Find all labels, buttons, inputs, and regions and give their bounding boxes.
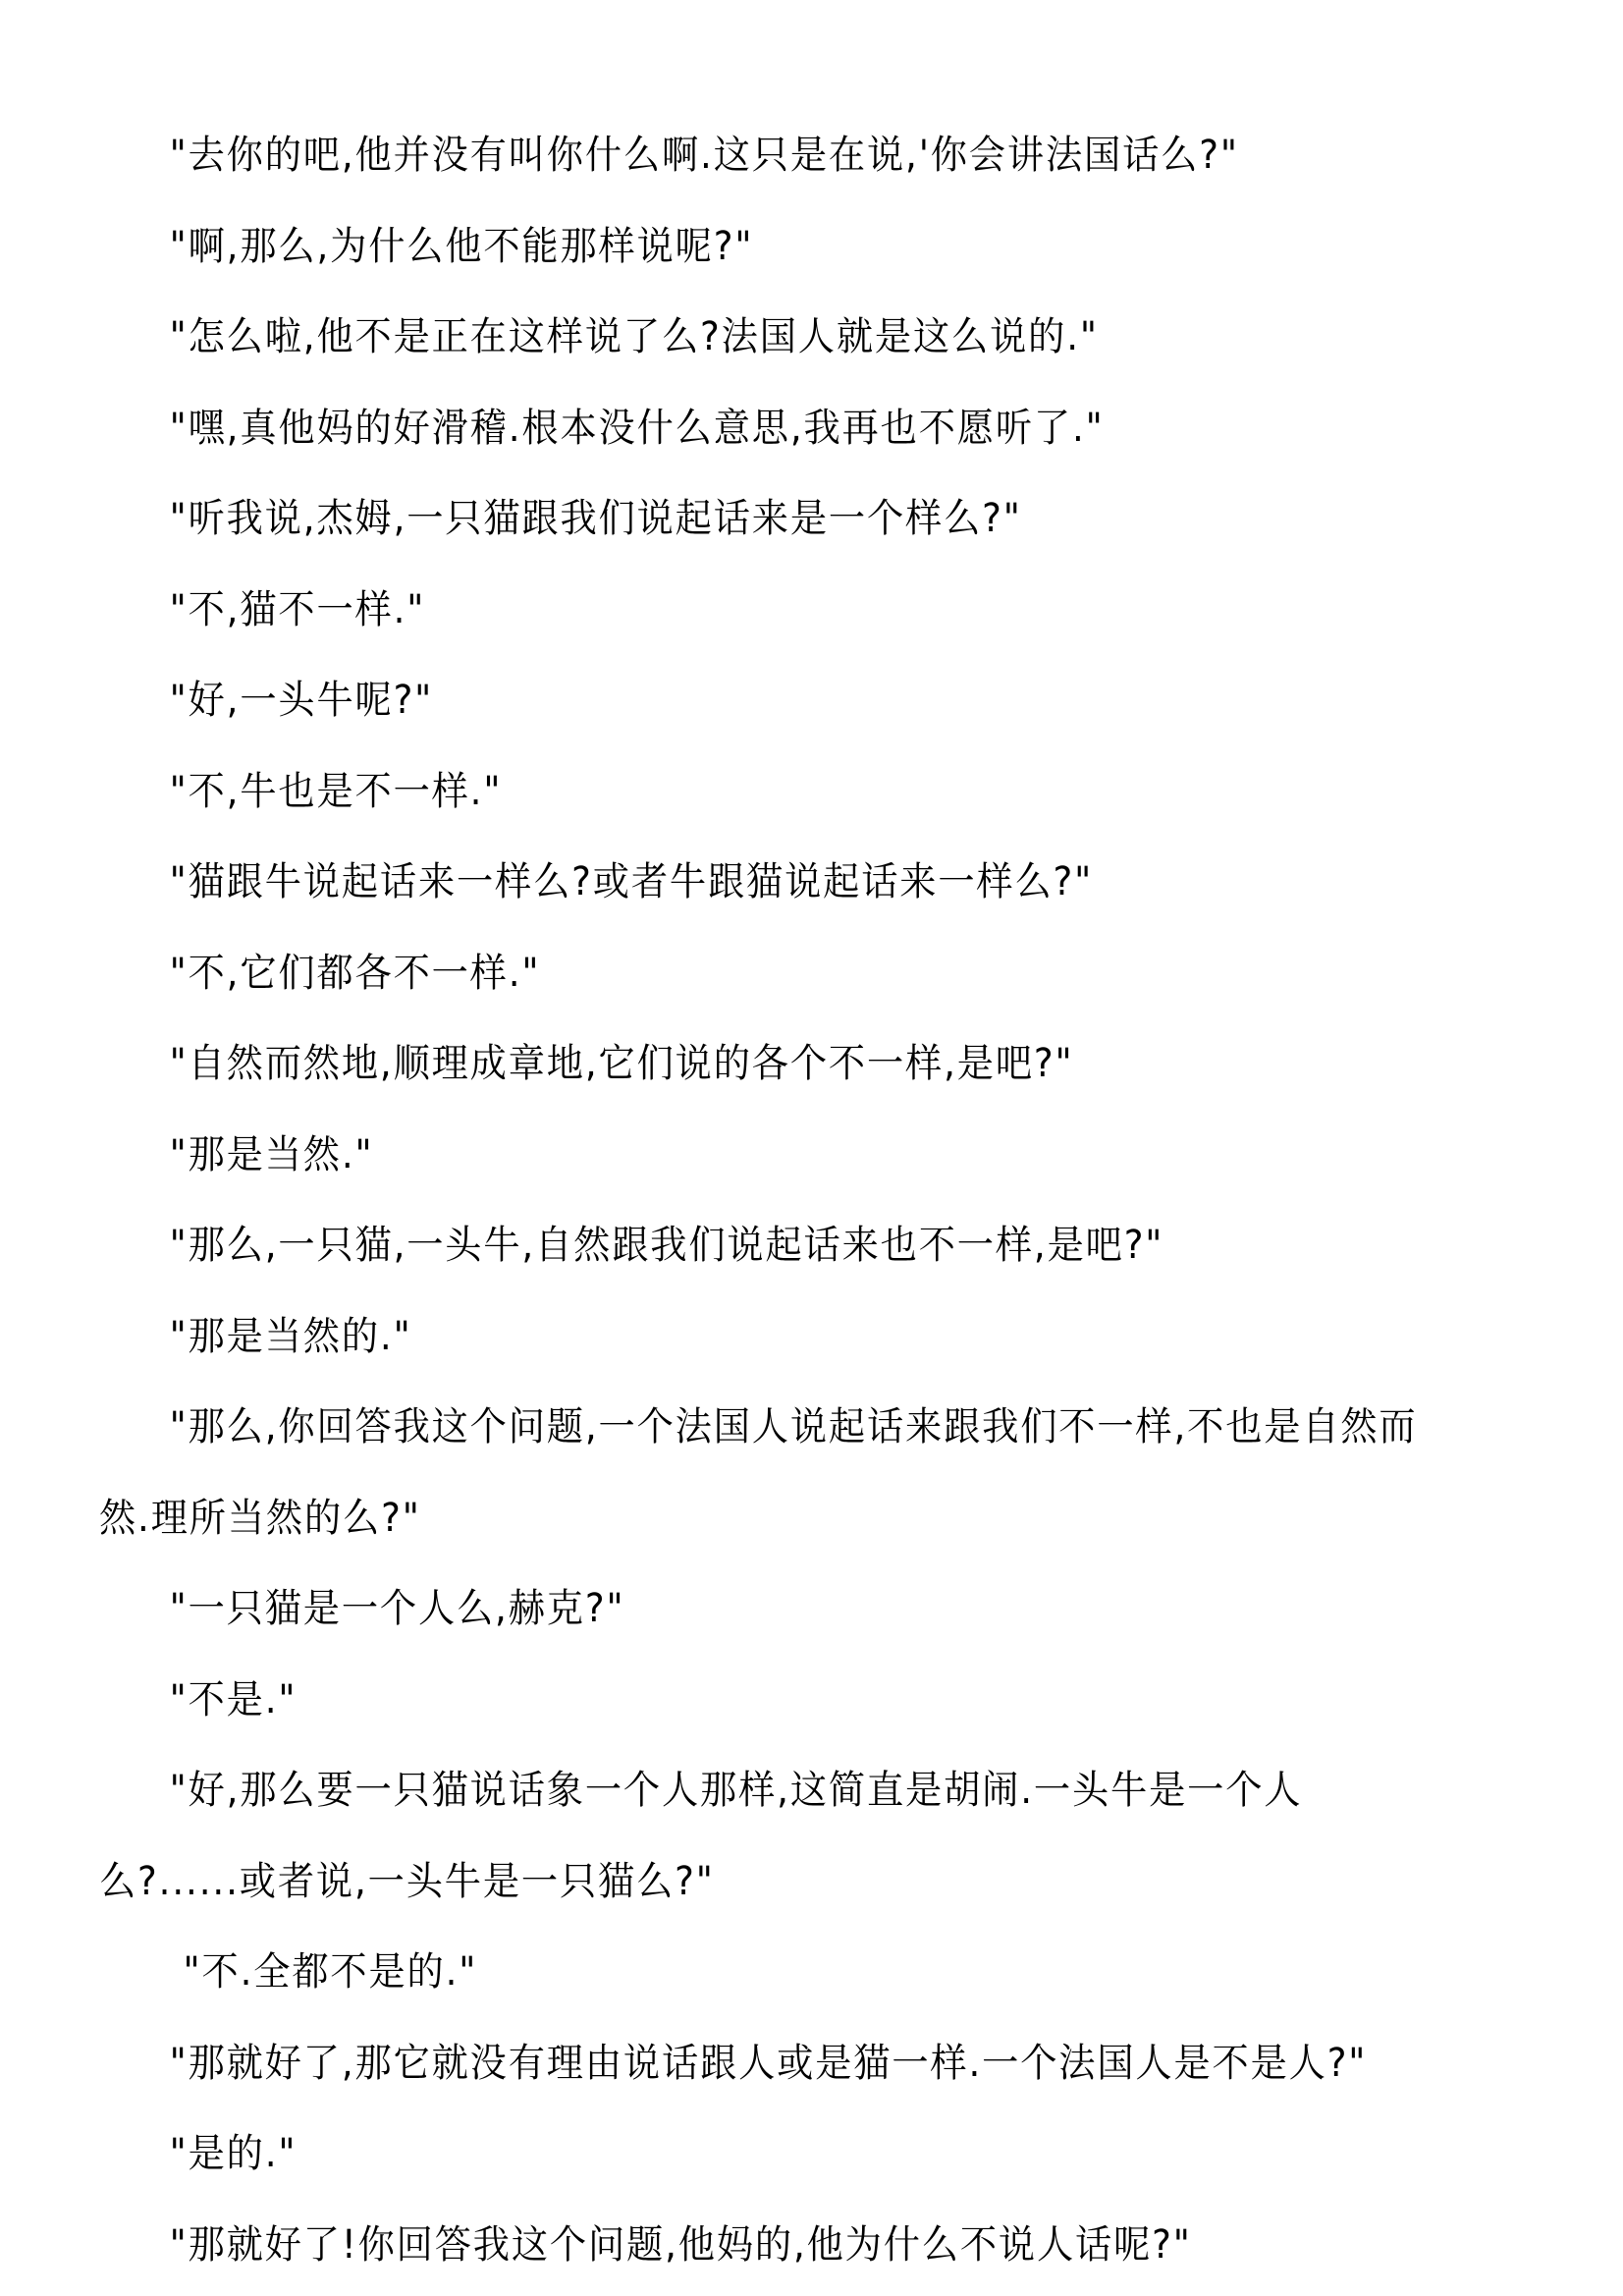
paragraph: "那么,你回答我这个问题,一个法国人说起话来跟我们不一样,不也是自然而然.理所当… — [99, 1382, 1433, 1563]
paragraph: "一只猫是一个人么,赫克?" — [99, 1563, 1433, 1655]
paragraph: "那就好了!你回答我这个问题,他妈的,他为什么不说人话呢?" — [99, 2200, 1433, 2291]
paragraph: "听我说,杰姆,一只猫跟我们说起话来是一个样么?" — [99, 473, 1433, 565]
paragraph: "那是当然的." — [99, 1291, 1433, 1383]
paragraph: "猫跟牛说起话来一样么?或者牛跟猫说起话来一样么?" — [99, 837, 1433, 928]
paragraph: "那是当然." — [99, 1110, 1433, 1201]
paragraph: "是的." — [99, 2108, 1433, 2200]
paragraph: "自然而然地,顺理成章地,它们说的各个不一样,是吧?" — [99, 1018, 1433, 1110]
document-body: "去你的吧,他并没有叫你什么啊.这只是在说,'你会讲法国话么?" "啊,那么,为… — [99, 110, 1533, 2290]
paragraph: "不,它们都各不一样." — [99, 928, 1433, 1019]
paragraph: "不,牛也是不一样." — [99, 746, 1433, 838]
paragraph: "那么,一只猫,一头牛,自然跟我们说起话来也不一样,是吧?" — [99, 1200, 1433, 1291]
paragraph: "不,猫不一样." — [99, 565, 1433, 656]
paragraph: "嘿,真他妈的好滑稽.根本没什么意思,我再也不愿听了." — [99, 383, 1433, 474]
document-page: "去你的吧,他并没有叫你什么啊.这只是在说,'你会讲法国话么?" "啊,那么,为… — [0, 0, 1623, 2296]
paragraph: "啊,那么,为什么他不能那样说呢?" — [99, 201, 1433, 293]
paragraph: "那就好了,那它就没有理由说话跟人或是猫一样.一个法国人是不是人?" — [99, 2018, 1433, 2109]
paragraph: "好,那么要一只猫说话象一个人那样,这简直是胡闹.一头牛是一个人么?......… — [99, 1745, 1433, 1927]
paragraph: "怎么啦,他不是正在这样说了么?法国人就是这么说的." — [99, 292, 1433, 383]
paragraph: "去你的吧,他并没有叫你什么啊.这只是在说,'你会讲法国话么?" — [99, 110, 1433, 201]
paragraph: "好,一头牛呢?" — [99, 655, 1433, 746]
paragraph: "不是." — [99, 1655, 1433, 1746]
paragraph: "不.全都不是的." — [99, 1927, 1433, 2018]
